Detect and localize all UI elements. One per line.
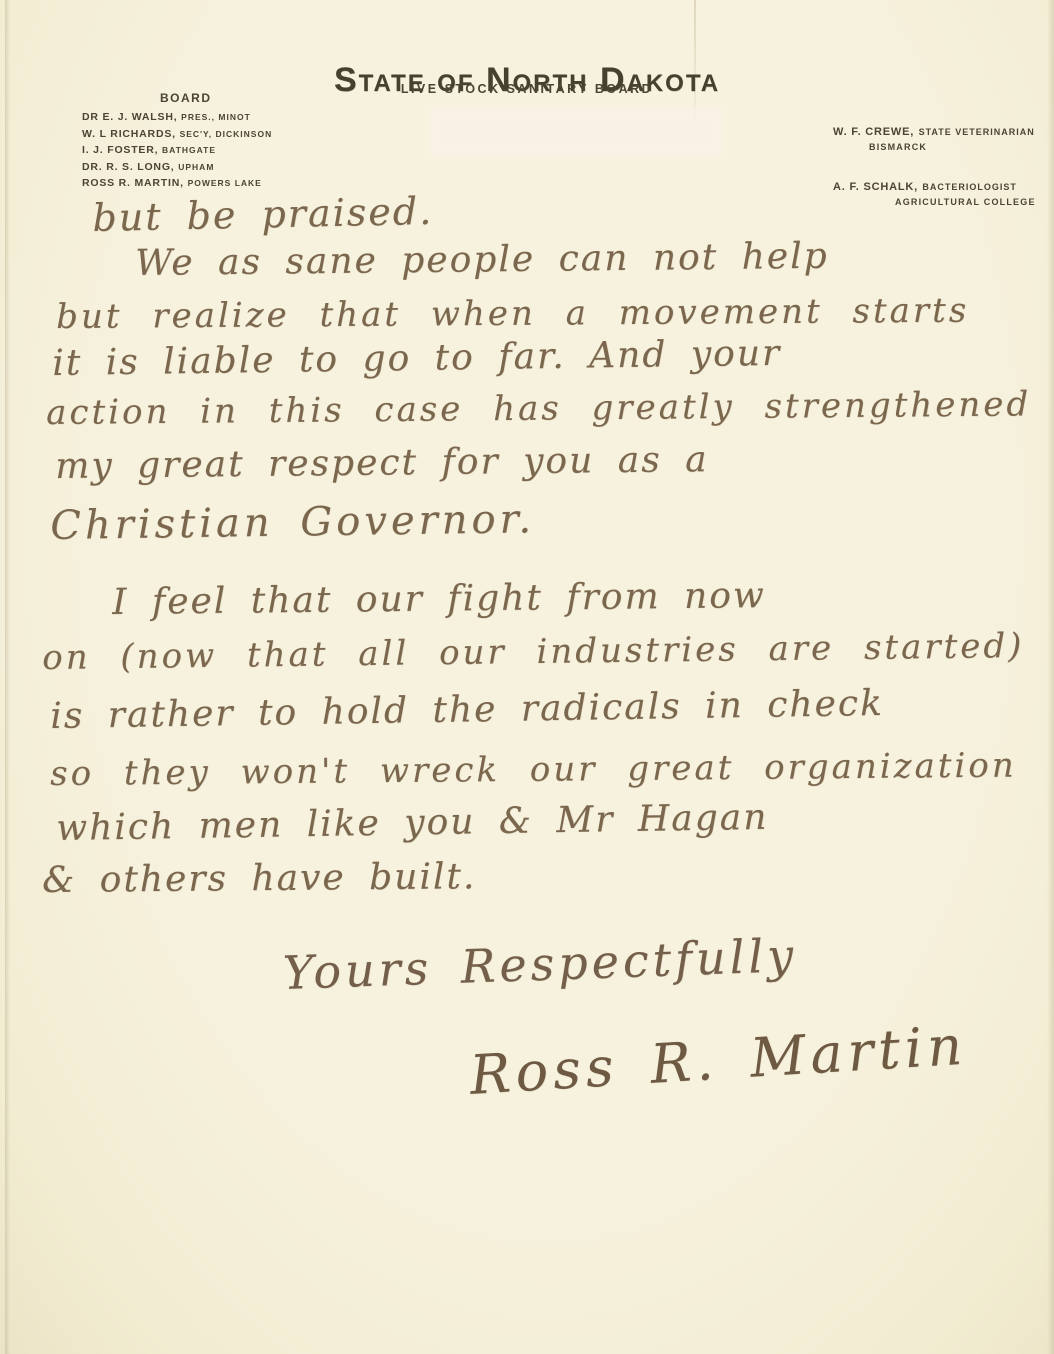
board-member: DR. R. S. LONG, UPHAM [82,159,312,176]
official-name: A. F. SCHALK, [833,181,918,193]
handwritten-line: but realize that when a movement starts [56,291,969,337]
handwritten-line: & others have built. [42,856,476,901]
paper-edge-shadow [1047,0,1054,1354]
official-schalk: A. F. SCHALK, BACTERIOLOGIST AGRICULTURA… [833,177,1043,210]
letter-page: State of North Dakota LIVE STOCK SANITAR… [0,0,1054,1354]
official-title: BACTERIOLOGIST [922,182,1017,192]
official-location: BISMARCK [833,140,1043,155]
officials-list: W. F. CREWE, STATE VETERINARIAN BISMARCK… [833,122,1043,232]
official-name-line: W. F. CREWE, STATE VETERINARIAN [833,122,1043,140]
closing-line: Yours Respectfully [282,928,798,1000]
handwritten-line: so they won't wreck our great organizati… [50,746,1017,794]
board-list: BOARD DR E. J. WALSH, PRES., MINOT W. L … [82,91,312,192]
official-name: W. F. CREWE, [833,126,914,138]
board-member-detail: POWERS LAKE [188,178,262,188]
official-location: AGRICULTURAL COLLEGE [833,195,1043,210]
signature: Ross R. Martin [468,1014,969,1107]
erased-area [430,108,722,156]
board-member-name: ROSS R. MARTIN, [82,177,184,189]
handwritten-line: it is liable to go to far. And your [52,333,782,384]
board-heading: BOARD [82,91,312,105]
handwritten-line: We as sane people can not help [135,236,829,284]
handwritten-line: which men like you & Mr Hagan [56,797,769,849]
board-member-name: I. J. FOSTER, [82,144,158,156]
handwritten-line: Christian Governor. [50,496,535,549]
handwritten-line: my great respect for you as a [55,439,709,487]
board-member-name: DR E. J. WALSH, [82,111,177,123]
handwritten-line: on (now that all our industries are star… [42,626,1025,678]
board-member-detail: UPHAM [178,162,214,172]
official-crewe: W. F. CREWE, STATE VETERINARIAN BISMARCK [833,122,1043,155]
board-member-detail: BATHGATE [162,145,216,155]
board-member-detail: SEC'Y, DICKINSON [180,129,273,139]
handwritten-line: action in this case has greatly strength… [46,384,1031,433]
board-member-name: W. L RICHARDS, [82,128,176,140]
board-member: W. L RICHARDS, SEC'Y, DICKINSON [82,126,312,143]
official-name-line: A. F. SCHALK, BACTERIOLOGIST [833,177,1043,195]
board-member-name: DR. R. S. LONG, [82,161,175,173]
official-title: STATE VETERINARIAN [919,127,1035,137]
board-member: I. J. FOSTER, BATHGATE [82,142,312,159]
handwritten-line: is rather to hold the radicals in check [50,683,884,737]
board-member-detail: PRES., MINOT [181,112,251,122]
handwritten-line: I feel that our fight from now [112,575,766,623]
handwritten-line: but be praised. [92,189,434,240]
board-member: ROSS R. MARTIN, POWERS LAKE [82,175,312,192]
board-member: DR E. J. WALSH, PRES., MINOT [82,109,312,126]
paper-crease-left [5,0,10,1354]
